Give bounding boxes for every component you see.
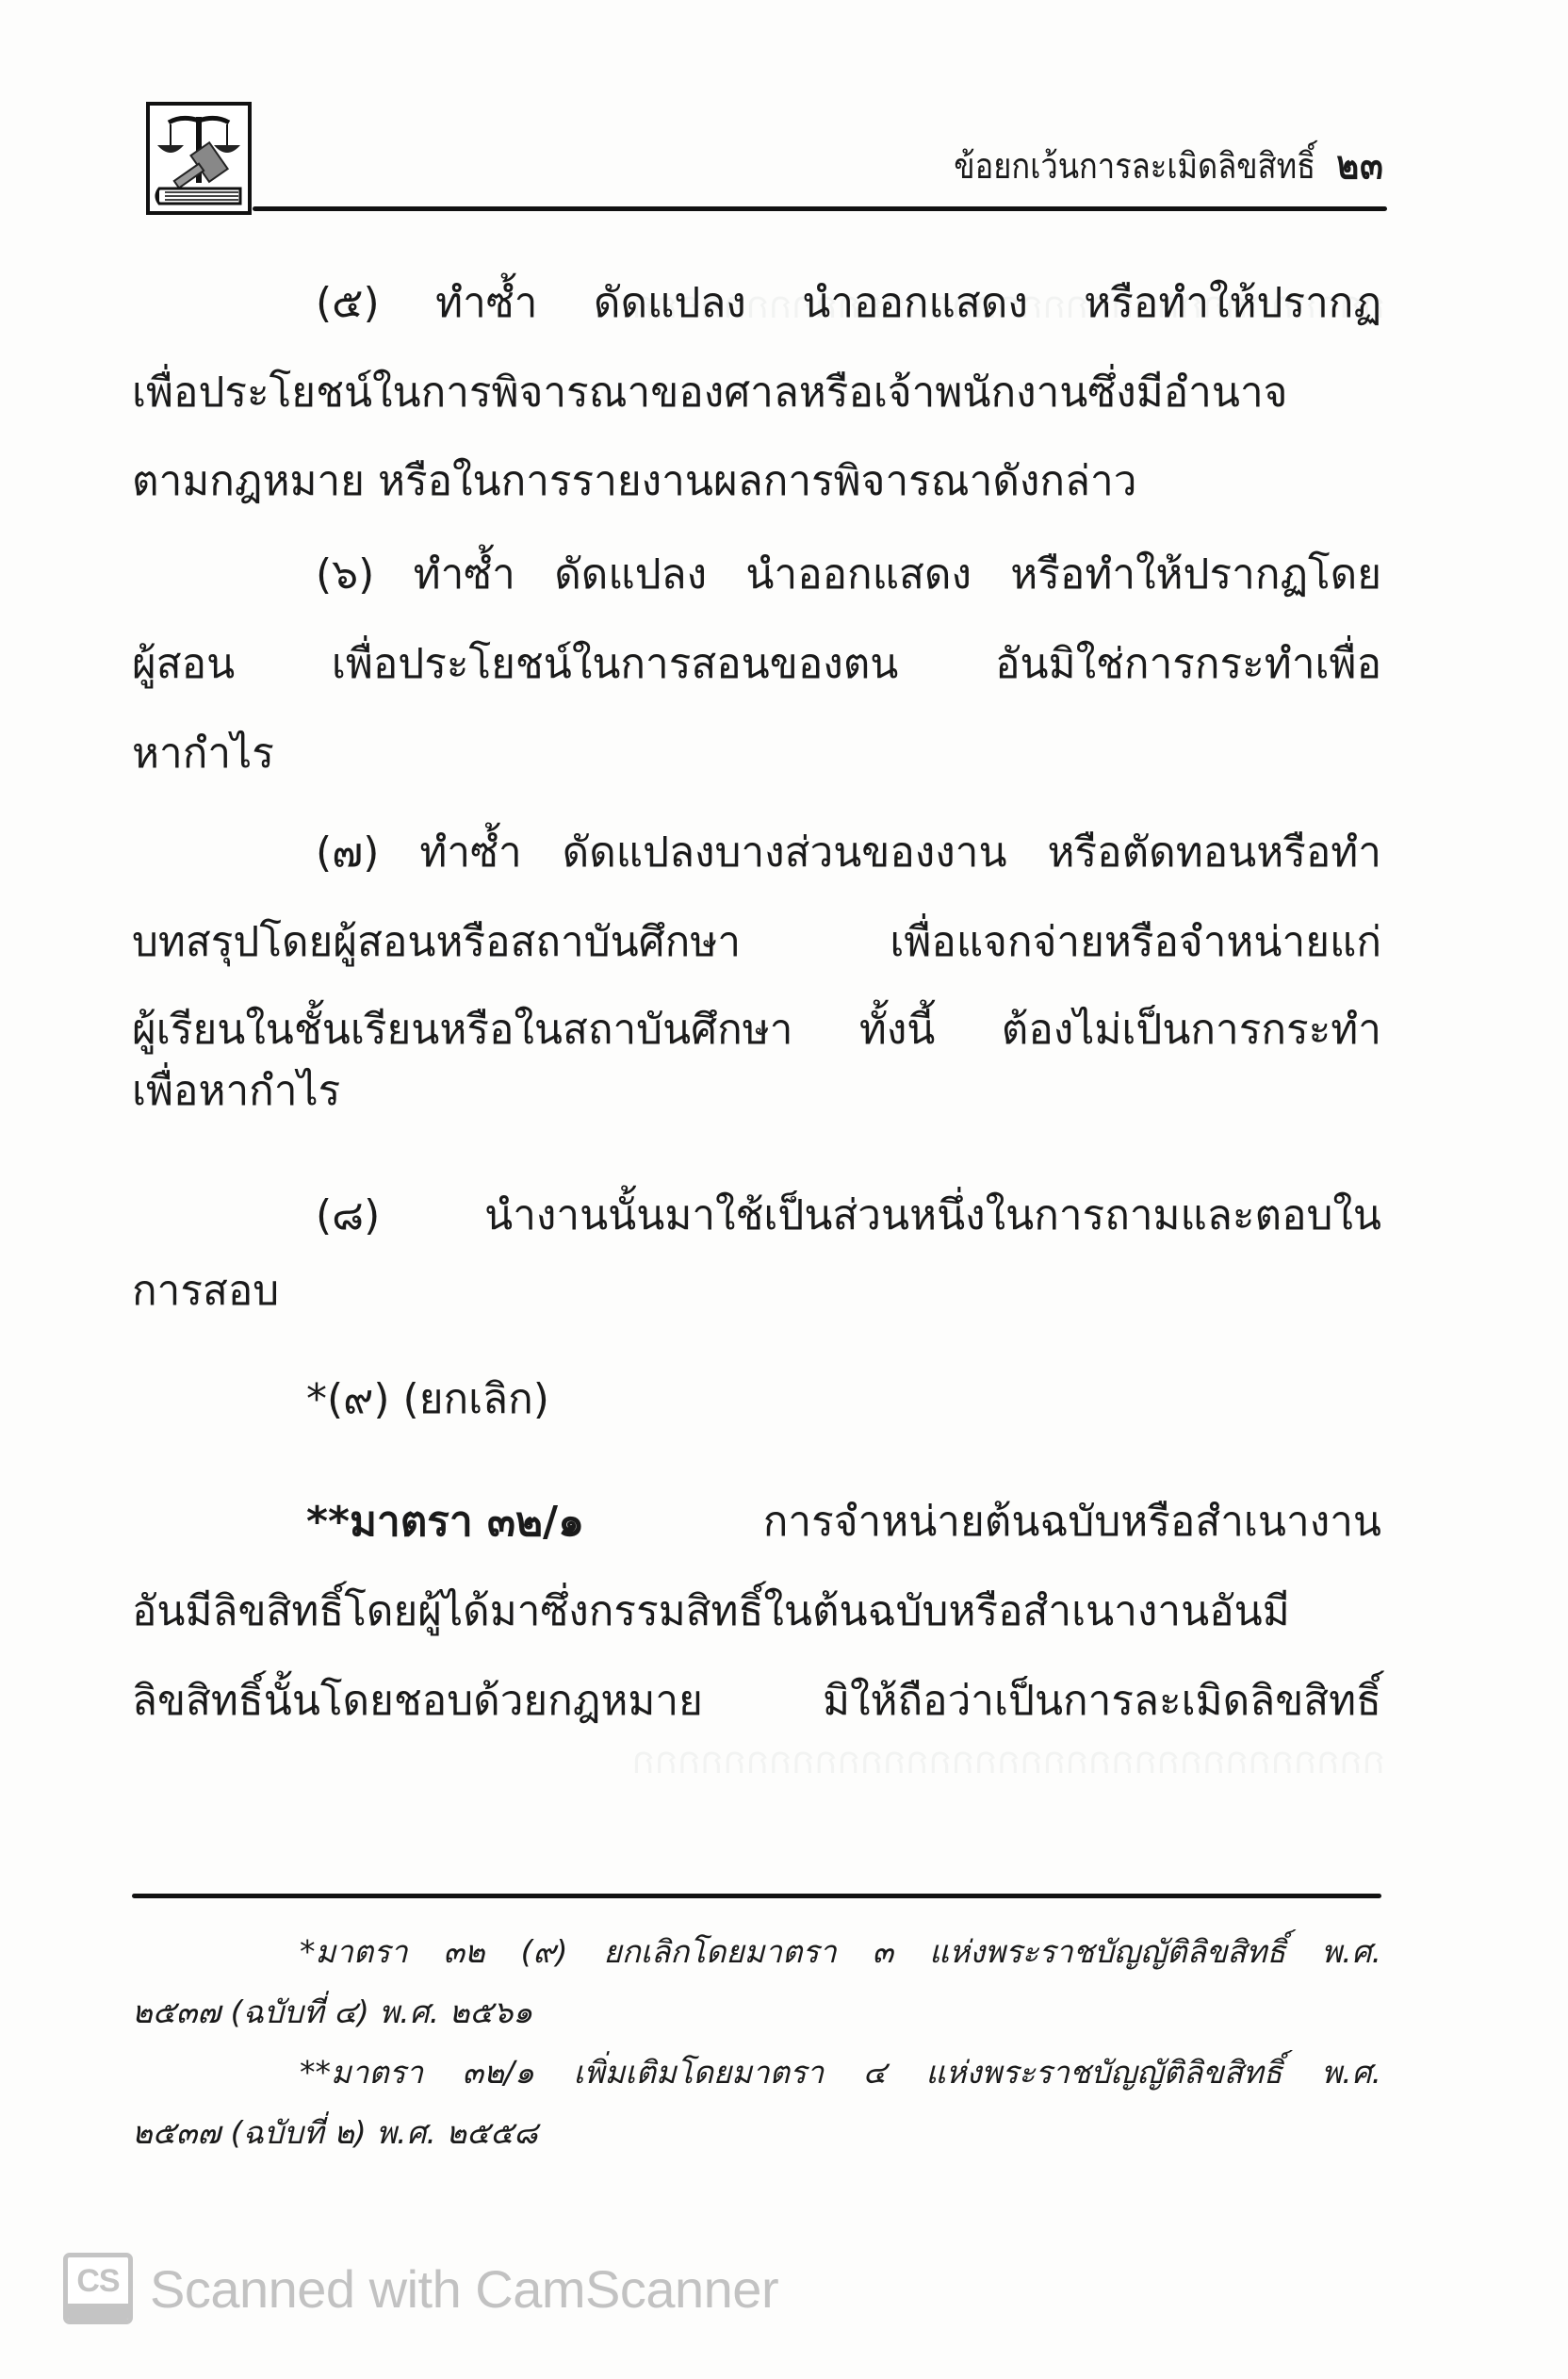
camscanner-logo-icon: CS	[63, 2253, 133, 2324]
bleed-through-texture: กกกกกกกกกกกกกกกกกกกกกกกกกกกกกกกกก	[141, 1734, 1385, 1787]
section-32-1-line-1: **มาตรา ๓๒/๑ การจำหน่ายต้นฉบับหรือสำเนาง…	[306, 1494, 1381, 1550]
item-6-line-2: ผู้สอน เพื่อประโยชน์ในการสอนของตน อันมิใ…	[132, 636, 1381, 693]
section-32-1-line-3: ลิขสิทธิ์นั้นโดยชอบด้วยกฎหมาย มิให้ถือว่…	[132, 1673, 1381, 1730]
page-number: ๒๓	[1337, 141, 1384, 189]
item-6-line-1: (๖) ทำซ้ำ ดัดแปลง นำออกแสดง หรือทำให้ปรา…	[316, 547, 1381, 603]
header-rule	[253, 206, 1387, 211]
item-5-line-1: (๕) ทำซ้ำ ดัดแปลง นำออกแสดง หรือทำให้ปรา…	[316, 275, 1381, 332]
item-7-line-1: (๗) ทำซ้ำ ดัดแปลงบางส่วนของงาน หรือตัดทอ…	[316, 825, 1381, 881]
item-8-line-2: การสอบ	[132, 1263, 1381, 1320]
section-heading: **มาตรา ๓๒/๑	[306, 1494, 584, 1550]
item-8-line-1: (๘) นำงานนั้นมาใช้เป็นส่วนหนึ่งในการถามแ…	[316, 1188, 1381, 1244]
footnote-2-line-1: **มาตรา ๓๒/๑ เพิ่มเติมโดยมาตรา ๔ แห่งพระ…	[300, 2051, 1381, 2094]
item-7-line-2: บทสรุปโดยผู้สอนหรือสถาบันศึกษา เพื่อแจกจ…	[132, 914, 1381, 971]
item-6-line-3: หากำไร	[132, 726, 1381, 782]
scanned-page: กกกกกกกกกกกกกกกกกกกกกกกกกกกกกกกกก กกกกกก…	[0, 0, 1568, 2379]
item-7-line-4: เพื่อหากำไร	[132, 1063, 1381, 1120]
running-header: ข้อยกเว้นการละเมิดลิขสิทธิ์ ๒๓	[955, 141, 1384, 189]
item-5-line-2: เพื่อประโยชน์ในการพิจารณาของศาลหรือเจ้าพ…	[132, 365, 1381, 421]
footnote-1-line-1: *มาตรา ๓๒ (๙) ยกเลิกโดยมาตรา ๓ แห่งพระรา…	[300, 1930, 1381, 1974]
camscanner-watermark: CS Scanned with CamScanner	[63, 2251, 778, 2326]
item-7-line-3: ผู้เรียนในชั้นเรียนหรือในสถาบันศึกษา ทั้…	[132, 1002, 1381, 1058]
scales-gavel-book-icon	[146, 102, 252, 215]
running-title: ข้อยกเว้นการละเมิดลิขสิทธิ์	[955, 142, 1316, 189]
item-5-line-3: ตามกฎหมาย หรือในการรายงานผลการพิจารณาดัง…	[132, 453, 1381, 510]
section-text: การจำหน่ายต้นฉบับหรือสำเนางาน	[763, 1494, 1381, 1550]
footnote-rule	[132, 1894, 1381, 1898]
footnote-1-line-2: ๒๕๓๗ (ฉบับที่ ๔) พ.ศ. ๒๕๖๑	[132, 1991, 1381, 2034]
item-9-line-1: *(๙) (ยกเลิก)	[306, 1371, 1381, 1428]
section-32-1-line-2: อันมีลิขสิทธิ์โดยผู้ได้มาซึ่งกรรมสิทธิ์ใ…	[132, 1583, 1381, 1640]
camscanner-text: Scanned with CamScanner	[150, 2258, 778, 2320]
footnote-2-line-2: ๒๕๓๗ (ฉบับที่ ๒) พ.ศ. ๒๕๕๘	[132, 2111, 1381, 2155]
